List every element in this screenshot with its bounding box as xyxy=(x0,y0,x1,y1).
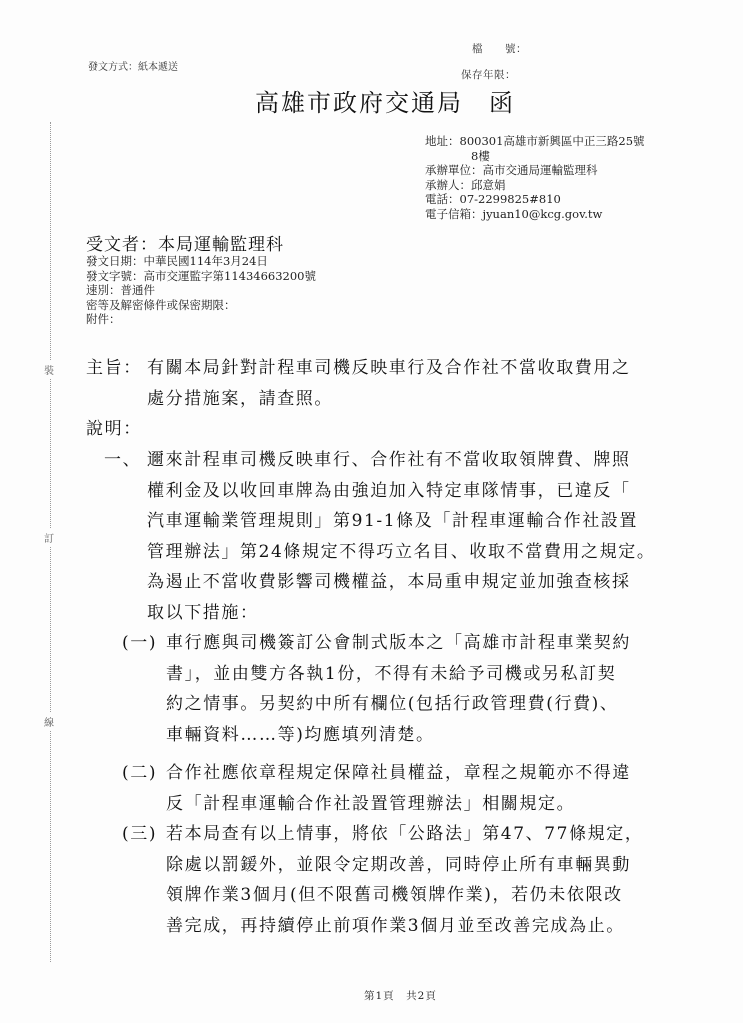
sub1-text: 車行應與司機簽訂公會制式版本之「高雄市計程車業契約 書」，並由雙方各執1份，不得… xyxy=(166,628,631,750)
classification: 密等及解密條件或保密期限： xyxy=(86,298,316,313)
sub3-line: 若本局查有以上情事，將依「公路法」第47、77條規定， xyxy=(166,819,643,850)
sub2-marker: (二) xyxy=(122,758,157,789)
document-meta: 發文日期：中華民國114年3月24日 發文字號：高市交運監字第114346632… xyxy=(86,254,316,327)
sub3-marker: (三) xyxy=(122,819,157,850)
document-title: 高雄市政府交通局 函 xyxy=(255,83,515,118)
sub3-line: 除處以罰鍰外，並限令定期改善，同時停止所有車輛異動 xyxy=(166,850,643,881)
subject-line: 處分措施案，請查照。 xyxy=(147,384,631,415)
item1-line: 取以下措施： xyxy=(147,598,655,629)
item1-text: 邇來計程車司機反映車行、合作社有不當收取領牌費、牌照 權利金及以收回車牌為由強迫… xyxy=(147,445,655,628)
sub1-line: 書」，並由雙方各執1份，不得有未給予司機或另私訂契 xyxy=(166,659,631,690)
sub1-line: 車行應與司機簽訂公會制式版本之「高雄市計程車業契約 xyxy=(166,628,631,659)
speed-class: 速別：普通件 xyxy=(86,283,316,298)
contact-phone: 電話：07-2299825#810 xyxy=(425,192,645,207)
sub1-line: 車輛資料……等)均應填列清楚。 xyxy=(166,720,631,751)
item1-line: 汽車運輸業管理規則」第91-1條及「計程車運輸合作社設置 xyxy=(147,506,655,537)
retention-label: 保存年限： xyxy=(461,67,516,82)
sub2-line: 合作社應依章程規定保障社員權益，章程之規範亦不得違 xyxy=(166,758,631,789)
item1-marker: 一、 xyxy=(104,445,141,476)
contact-officer: 承辦人：邱意娟 xyxy=(425,178,645,193)
contact-block: 地址：800301高雄市新興區中正三路25號 8樓 承辦單位：高市交通局運輸監理… xyxy=(425,134,645,221)
issue-date: 發文日期：中華民國114年3月24日 xyxy=(86,254,316,269)
file-number-label: 檔 號： xyxy=(472,41,527,56)
explanation-label: 說明： xyxy=(86,414,142,445)
sub1-marker: (一) xyxy=(122,628,157,659)
binding-mark-zhuang: 裝 xyxy=(44,360,54,379)
sub2-text: 合作社應依章程規定保障社員權益，章程之規範亦不得違 反「計程車運輸合作社設置管理… xyxy=(166,758,631,819)
item1-line: 權利金及以收回車牌為由強迫加入特定車隊情事，已違反「 xyxy=(147,476,655,507)
attachments: 附件： xyxy=(86,312,316,327)
sub3-line: 善完成，再持續停止前項作業3個月並至改善完成為止。 xyxy=(166,911,643,942)
sub2-line: 反「計程車運輸合作社設置管理辦法」相關規定。 xyxy=(166,789,631,820)
delivery-method: 發文方式：紙本遞送 xyxy=(88,58,178,73)
item1-line: 邇來計程車司機反映車行、合作社有不當收取領牌費、牌照 xyxy=(147,445,655,476)
subject-text: 有關本局針對計程車司機反映車行及合作社不當收取費用之 處分措施案，請查照。 xyxy=(147,353,631,414)
sub3-line: 領牌作業3個月(但不限舊司機領牌作業)，若仍未依限改 xyxy=(166,880,643,911)
item1-line: 管理辦法」第24條規定不得巧立名目、收取不當費用之規定。 xyxy=(147,537,655,568)
item1-line: 為遏止不當收費影響司機權益，本局重申規定並加強查核採 xyxy=(147,567,655,598)
sub3-text: 若本局查有以上情事，將依「公路法」第47、77條規定， 除處以罰鍰外，並限令定期… xyxy=(166,819,643,941)
contact-address-line2: 8樓 xyxy=(425,149,645,164)
binding-mark-ding: 訂 xyxy=(44,528,54,547)
contact-email: 電子信箱：jyuan10@kcg.gov.tw xyxy=(425,207,645,222)
document-number: 發文字號：高市交運監字第11434663200號 xyxy=(86,269,316,284)
subject-label: 主旨： xyxy=(86,353,142,384)
contact-address-line1: 地址：800301高雄市新興區中正三路25號 xyxy=(425,134,645,149)
binding-mark-xian: 線 xyxy=(44,712,54,731)
contact-unit: 承辦單位：高市交通局運輸監理科 xyxy=(425,163,645,178)
page-number: 第1頁 共2頁 xyxy=(364,988,437,1003)
subject-line: 有關本局針對計程車司機反映車行及合作社不當收取費用之 xyxy=(147,353,631,384)
sub1-line: 約之情事。另契約中所有欄位(包括行政管理費(行費)、 xyxy=(166,689,631,720)
recipient: 受文者：本局運輸監理科 xyxy=(86,230,284,255)
